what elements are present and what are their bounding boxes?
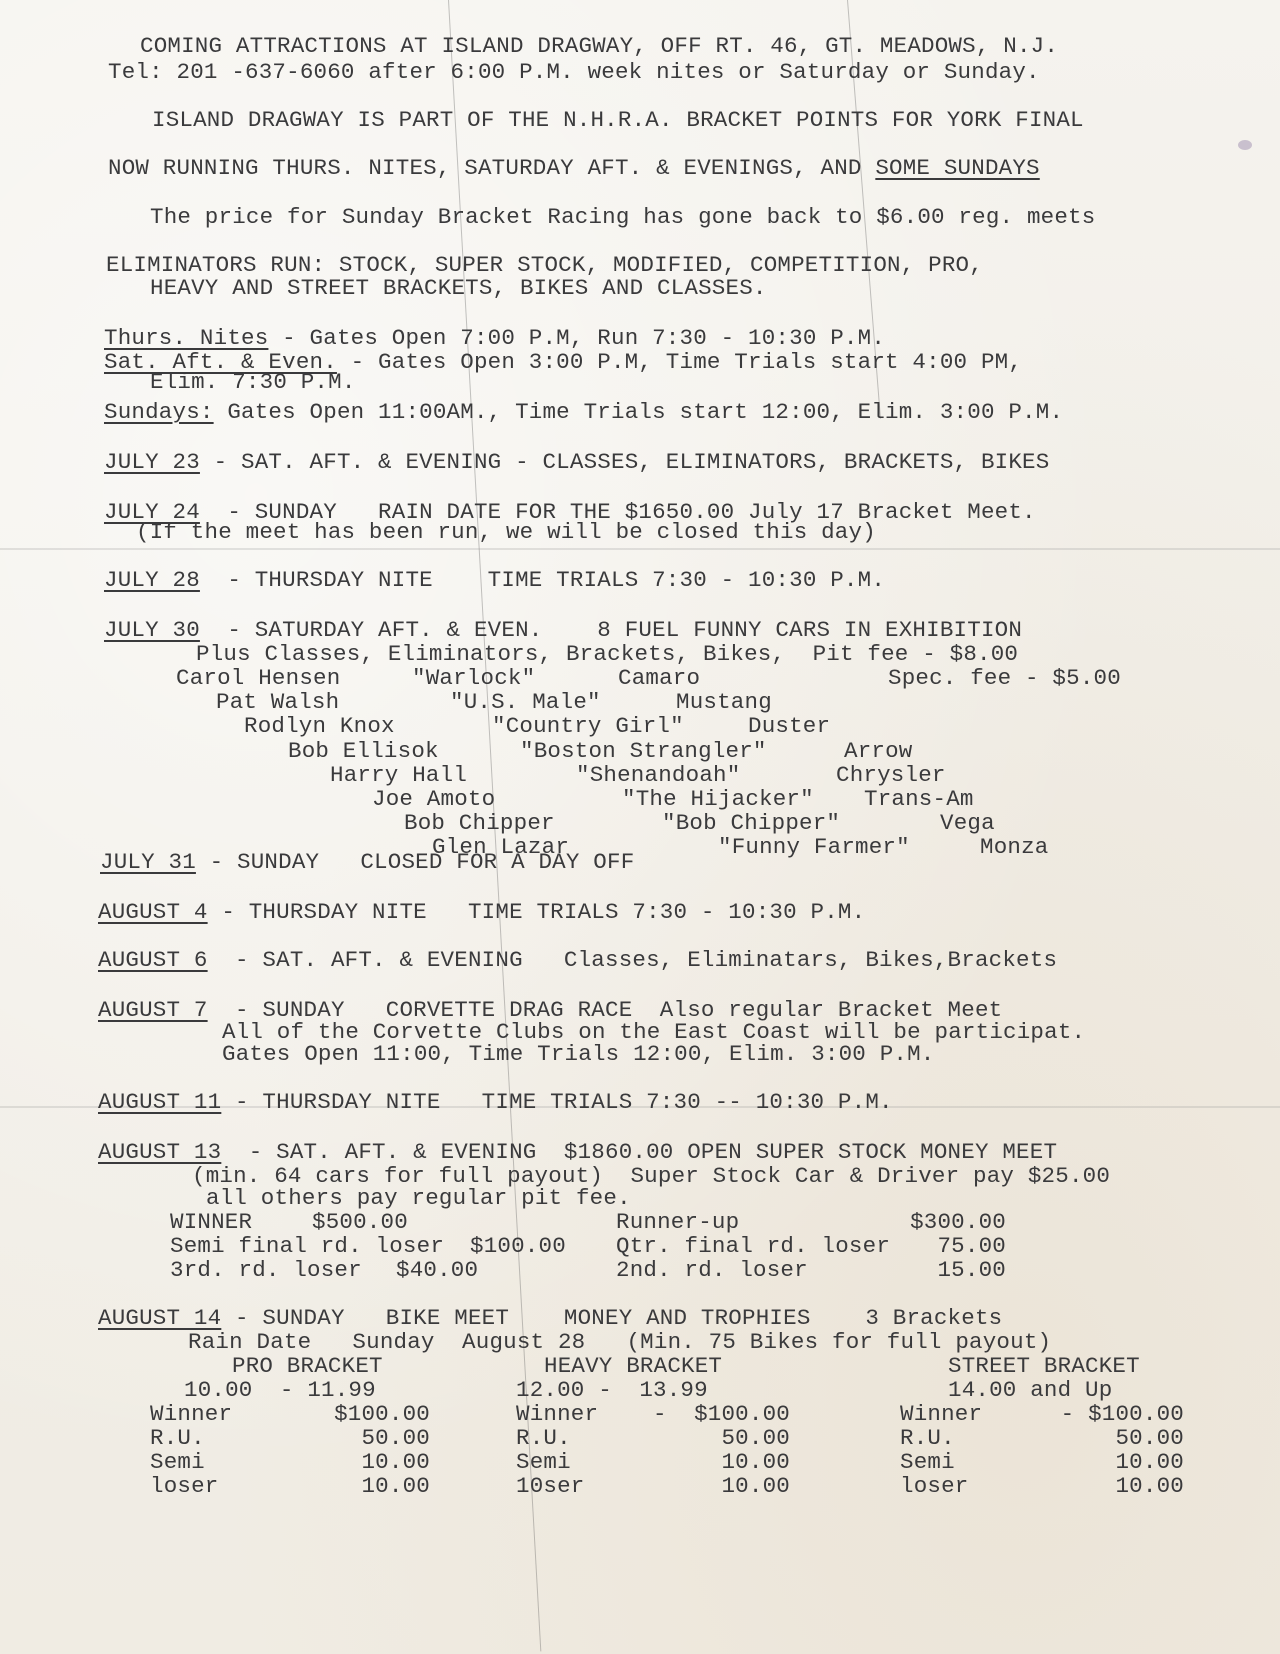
header-title: COMING ATTRACTIONS AT ISLAND DRAGWAY, OF… bbox=[140, 34, 1058, 58]
thursday-label: Thurs. Nites bbox=[104, 325, 268, 351]
event-text: - SATURDAY AFT. & EVEN. 8 FUEL FUNNY CAR… bbox=[200, 617, 1022, 643]
roster-car-model: Mustang bbox=[676, 690, 772, 714]
bracket-row-amount: 10.00 bbox=[1115, 1474, 1184, 1498]
sunday-text: Gates Open 11:00AM., Time Trials start 1… bbox=[214, 399, 1064, 425]
bracket-row-amount: 10.00 bbox=[1115, 1450, 1184, 1474]
roster-driver: Pat Walsh bbox=[216, 690, 339, 714]
bracket-name: STREET BRACKET bbox=[948, 1354, 1140, 1378]
event-text: - SUNDAY CLOSED FOR A DAY OFF bbox=[196, 849, 634, 875]
event-date: AUGUST 13 bbox=[98, 1139, 221, 1165]
event-text: - SUNDAY BIKE MEET MONEY AND TROPHIES 3 … bbox=[221, 1305, 1002, 1331]
bracket-row-label: Winner bbox=[150, 1402, 232, 1426]
event-august-13: AUGUST 13 - SAT. AFT. & EVENING $1860.00… bbox=[98, 1140, 1057, 1164]
roster-car-name: "Funny Farmer" bbox=[718, 835, 910, 859]
roster-car-model: Trans-Am bbox=[864, 787, 974, 811]
spectator-fee: Spec. fee - $5.00 bbox=[888, 666, 1121, 690]
bracket-range: 12.00 - 13.99 bbox=[516, 1378, 708, 1402]
roster-car-name: "Bob Chipper" bbox=[662, 811, 840, 835]
payout-amount: $40.00 bbox=[396, 1258, 478, 1282]
bracket-row-label: Semi bbox=[150, 1450, 205, 1474]
bracket-row-amount: $100.00 bbox=[334, 1402, 430, 1426]
bracket-row-amount: - $100.00 bbox=[653, 1402, 790, 1426]
roster-car-model: Camaro bbox=[618, 666, 700, 690]
event-text: - SAT. AFT. & EVENING $1860.00 OPEN SUPE… bbox=[221, 1139, 1057, 1165]
roster-car-name: "The Hijacker" bbox=[622, 787, 814, 811]
bracket-row-label: Winner bbox=[516, 1402, 598, 1426]
bracket-row-label: R.U. bbox=[900, 1426, 955, 1450]
roster-car-model: Chrysler bbox=[836, 763, 946, 787]
bracket-row-label: Semi bbox=[900, 1450, 955, 1474]
roster-driver: Bob Chipper bbox=[404, 811, 555, 835]
ink-stain bbox=[1238, 140, 1252, 150]
bracket-row-amount: 10.00 bbox=[721, 1450, 790, 1474]
bracket-range: 14.00 and Up bbox=[948, 1378, 1112, 1402]
roster-car-model: Vega bbox=[940, 811, 995, 835]
price-notice: The price for Sunday Bracket Racing has … bbox=[150, 205, 1095, 229]
payout-amount: 75.00 bbox=[937, 1234, 1006, 1258]
event-text: - THURSDAY NITE TIME TRIALS 7:30 - 10:30… bbox=[208, 899, 866, 925]
bracket-row-amount: 50.00 bbox=[721, 1426, 790, 1450]
payout-label: Semi final rd. loser bbox=[170, 1234, 444, 1258]
bracket-row-label: Semi bbox=[516, 1450, 571, 1474]
eliminators-line-1: ELIMINATORS RUN: STOCK, SUPER STOCK, MOD… bbox=[106, 253, 983, 277]
payout-label: Runner-up bbox=[616, 1210, 739, 1234]
roster-car-name: "Boston Strangler" bbox=[520, 739, 767, 763]
roster-driver: Joe Amoto bbox=[372, 787, 495, 811]
bracket-row-amount: 10.00 bbox=[721, 1474, 790, 1498]
event-august-14: AUGUST 14 - SUNDAY BIKE MEET MONEY AND T… bbox=[98, 1306, 1002, 1330]
event-date: AUGUST 6 bbox=[98, 947, 208, 973]
nhra-notice: ISLAND DRAGWAY IS PART OF THE N.H.R.A. B… bbox=[152, 108, 1084, 132]
payout-label: 3rd. rd. loser bbox=[170, 1258, 362, 1282]
event-text: - SAT. AFT. & EVENING Classes, Eliminata… bbox=[208, 947, 1058, 973]
paper-fold bbox=[0, 548, 1280, 550]
bracket-name: HEAVY BRACKET bbox=[544, 1354, 722, 1378]
event-july-23: JULY 23 - SAT. AFT. & EVENING - CLASSES,… bbox=[104, 450, 1049, 474]
event-date: AUGUST 11 bbox=[98, 1089, 221, 1115]
event-august-14-note: Rain Date Sunday August 28 (Min. 75 Bike… bbox=[188, 1330, 1051, 1354]
payout-amount: $500.00 bbox=[312, 1210, 408, 1234]
bracket-range: 10.00 - 11.99 bbox=[184, 1378, 376, 1402]
roster-driver: Bob Ellisok bbox=[288, 739, 439, 763]
payout-label: Qtr. final rd. loser bbox=[616, 1234, 890, 1258]
payout-amount: 15.00 bbox=[937, 1258, 1006, 1282]
roster-car-name: "Country Girl" bbox=[492, 714, 684, 738]
roster-car-name: "Shenandoah" bbox=[576, 763, 740, 787]
event-date: JULY 31 bbox=[100, 849, 196, 875]
flyer-page: COMING ATTRACTIONS AT ISLAND DRAGWAY, OF… bbox=[0, 0, 1280, 1654]
event-text: - THURSDAY NITE TIME TRIALS 7:30 -- 10:3… bbox=[221, 1089, 892, 1115]
running-days-text: NOW RUNNING THURS. NITES, SATURDAY AFT. … bbox=[108, 155, 875, 181]
running-days: NOW RUNNING THURS. NITES, SATURDAY AFT. … bbox=[108, 156, 1040, 180]
sunday-label: Sundays: bbox=[104, 399, 214, 425]
event-date: JULY 23 bbox=[104, 449, 200, 475]
bracket-row-label: R.U. bbox=[516, 1426, 571, 1450]
roster-car-model: Monza bbox=[980, 835, 1049, 859]
event-date: AUGUST 7 bbox=[98, 997, 208, 1023]
bracket-row-label: loser bbox=[900, 1474, 969, 1498]
saturday-text: - Gates Open 3:00 P.M, Time Trials start… bbox=[337, 349, 1022, 375]
eliminators-line-2: HEAVY AND STREET BRACKETS, BIKES AND CLA… bbox=[150, 276, 767, 300]
event-july-30: JULY 30 - SATURDAY AFT. & EVEN. 8 FUEL F… bbox=[104, 618, 1022, 642]
payout-amount: $300.00 bbox=[910, 1210, 1006, 1234]
bracket-row-label: Winner bbox=[900, 1402, 982, 1426]
event-august-4: AUGUST 4 - THURSDAY NITE TIME TRIALS 7:3… bbox=[98, 900, 865, 924]
event-date: AUGUST 14 bbox=[98, 1305, 221, 1331]
event-date: JULY 28 bbox=[104, 567, 200, 593]
bracket-row-label: 10ser bbox=[516, 1474, 585, 1498]
some-sundays: SOME SUNDAYS bbox=[875, 155, 1039, 181]
payout-label: 2nd. rd. loser bbox=[616, 1258, 808, 1282]
bracket-row-label: loser bbox=[150, 1474, 219, 1498]
event-july-31: JULY 31 - SUNDAY CLOSED FOR A DAY OFF bbox=[100, 850, 634, 874]
event-date: AUGUST 4 bbox=[98, 899, 208, 925]
payout-amount: $100.00 bbox=[470, 1234, 566, 1258]
bracket-name: PRO BRACKET bbox=[232, 1354, 383, 1378]
roster-car-model: Duster bbox=[748, 714, 830, 738]
roster-driver: Carol Hensen bbox=[176, 666, 340, 690]
event-august-13-note-2: all others pay regular pit fee. bbox=[206, 1186, 631, 1210]
event-july-28: JULY 28 - THURSDAY NITE TIME TRIALS 7:30… bbox=[104, 568, 885, 592]
roster-car-name: "Warlock" bbox=[412, 666, 535, 690]
bracket-row-amount: 10.00 bbox=[361, 1474, 430, 1498]
roster-car-name: "U.S. Male" bbox=[450, 690, 601, 714]
event-text: - SAT. AFT. & EVENING - CLASSES, ELIMINA… bbox=[200, 449, 1050, 475]
bracket-row-amount: 50.00 bbox=[361, 1426, 430, 1450]
bracket-row-amount: - $100.00 bbox=[1061, 1402, 1184, 1426]
event-date: JULY 30 bbox=[104, 617, 200, 643]
schedule-thursday: Thurs. Nites - Gates Open 7:00 P.M, Run … bbox=[104, 326, 885, 350]
roster-car-model: Arrow bbox=[844, 739, 913, 763]
schedule-sunday: Sundays: Gates Open 11:00AM., Time Trial… bbox=[104, 400, 1063, 424]
roster-driver: Harry Hall bbox=[330, 763, 467, 787]
bracket-row-amount: 10.00 bbox=[361, 1450, 430, 1474]
bracket-row-label: R.U. bbox=[150, 1426, 205, 1450]
event-july-30-note: Plus Classes, Eliminators, Brackets, Bik… bbox=[196, 642, 1018, 666]
event-august-11: AUGUST 11 - THURSDAY NITE TIME TRIALS 7:… bbox=[98, 1090, 893, 1114]
bracket-row-amount: 50.00 bbox=[1115, 1426, 1184, 1450]
header-phone: Tel: 201 -637-6060 after 6:00 P.M. week … bbox=[108, 60, 1040, 84]
event-text: - THURSDAY NITE TIME TRIALS 7:30 - 10:30… bbox=[200, 567, 885, 593]
event-august-7-times: Gates Open 11:00, Time Trials 12:00, Eli… bbox=[222, 1042, 935, 1066]
saturday-elim: Elim. 7:30 P.M. bbox=[150, 370, 356, 394]
event-july-24-note: (If the meet has been run, we will be cl… bbox=[136, 520, 876, 544]
event-august-6: AUGUST 6 - SAT. AFT. & EVENING Classes, … bbox=[98, 948, 1057, 972]
payout-label: WINNER bbox=[170, 1210, 252, 1234]
roster-driver: Rodlyn Knox bbox=[244, 714, 395, 738]
thursday-text: - Gates Open 7:00 P.M, Run 7:30 - 10:30 … bbox=[268, 325, 885, 351]
